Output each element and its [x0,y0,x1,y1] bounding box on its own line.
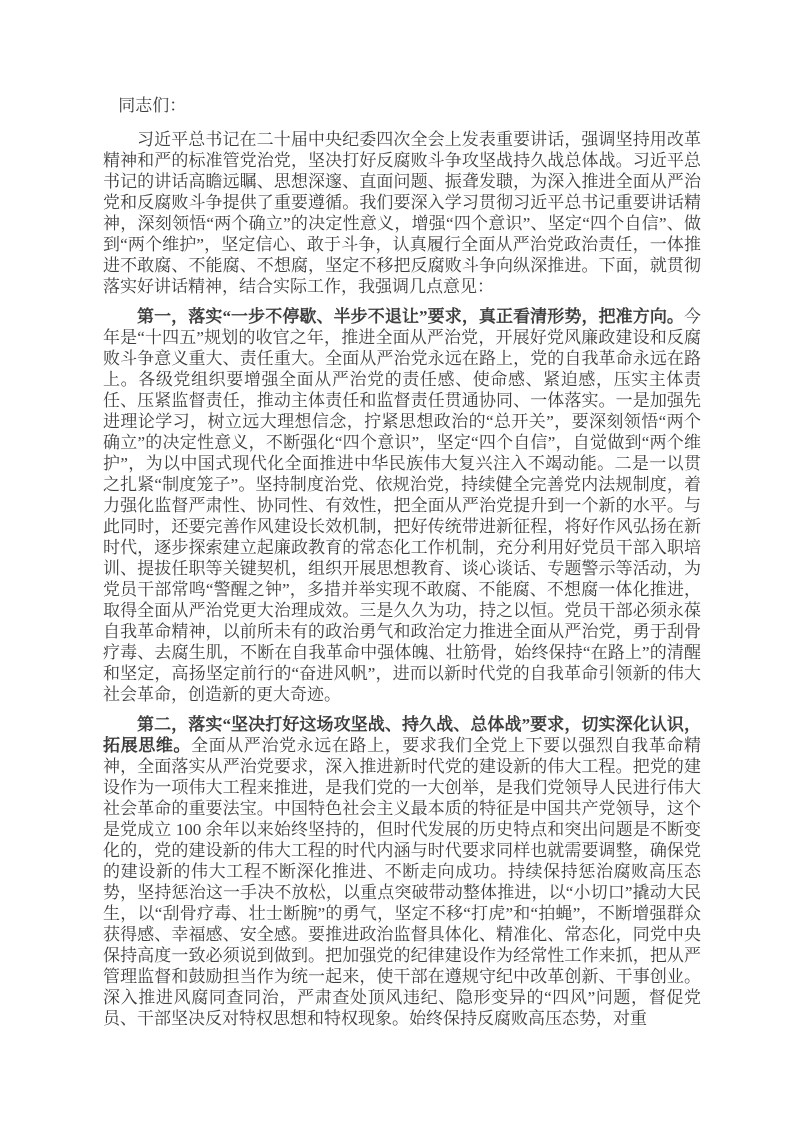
paragraph-intro: 习近平总书记在二十届中央纪委四次全会上发表重要讲话，强调坚持用改革精神和严的标准… [103,129,701,297]
document-body: 同志们： 习近平总书记在二十届中央纪委四次全会上发表重要讲话，强调坚持用改革精神… [103,95,701,1029]
paragraph-intro-text: 习近平总书记在二十届中央纪委四次全会上发表重要讲话，强调坚持用改革精神和严的标准… [103,130,701,296]
paragraph-first-point-lead: 第一，落实“一步不停歇、半步不退让”要求，真正看清形势，把准方向。 [137,307,684,326]
paragraph-second-point-text: 全面从严治党永远在路上，要求我们全党上下要以强烈自我革命精神，全面落实从严治党要… [103,736,701,1028]
paragraph-first-point: 第一，落实“一步不停歇、半步不退让”要求，真正看清形势，把准方向。今年是“十四五… [103,306,701,705]
document-page: 同志们： 习近平总书记在二十届中央纪委四次全会上发表重要讲话，强调坚持用改革精神… [0,0,793,1122]
salutation: 同志们： [103,95,701,116]
paragraph-first-point-text: 今年是“十四五”规划的收官之年，推进全面从严治党，开展好党风廉政建设和反腐败斗争… [103,307,701,704]
paragraph-second-point: 第二，落实“坚决打好这场攻坚战、持久战、总体战”要求，切实深化认识，拓展思维。全… [103,714,701,1029]
